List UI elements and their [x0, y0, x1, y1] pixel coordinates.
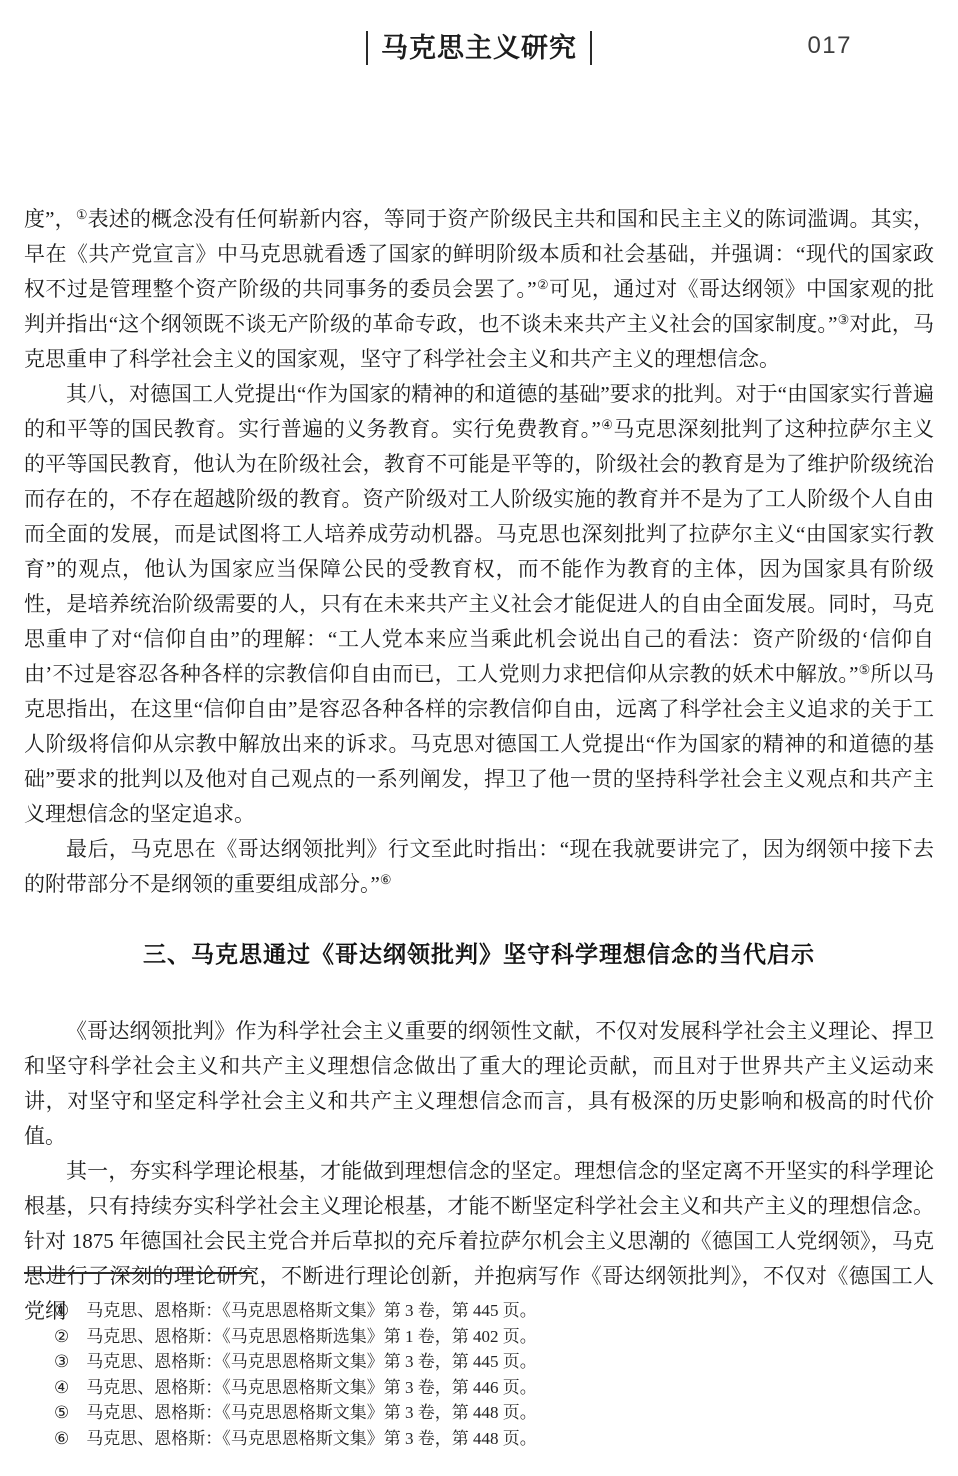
page-number: 017 [807, 32, 852, 60]
footnotes-section: ①马克思、恩格斯：《马克思恩格斯文集》第 3 卷，第 445 页。 ②马克思、恩… [24, 1272, 934, 1451]
footnote-text: 马克思、恩格斯：《马克思恩格斯文集》第 3 卷，第 445 页。 [86, 1301, 537, 1320]
footnote-marker: ③ [54, 1349, 69, 1375]
footnote-marker: ① [54, 1298, 69, 1324]
footnote-marker: ④ [54, 1375, 69, 1401]
article-body: 度”，①表述的概念没有任何崭新内容，等同于资产阶级民主共和国和民主主义的陈词滥调… [24, 202, 934, 1329]
footnote-item: ②马克思、恩格斯：《马克思恩格斯选集》第 1 卷，第 402 页。 [54, 1324, 934, 1350]
section-heading: 三、马克思通过《哥达纲领批判》坚守科学理想信念的当代启示 [24, 938, 934, 970]
footnote-item: ⑥马克思、恩格斯：《马克思恩格斯文集》第 3 卷，第 448 页。 [54, 1426, 934, 1452]
paragraph-continuation: 度”，①表述的概念没有任何崭新内容，等同于资产阶级民主共和国和民主主义的陈词滥调… [24, 202, 934, 377]
footnote-text: 马克思、恩格斯：《马克思恩格斯文集》第 3 卷，第 446 页。 [86, 1378, 537, 1397]
footnote-text: 马克思、恩格斯：《马克思恩格斯选集》第 1 卷，第 402 页。 [86, 1327, 537, 1346]
footnote-list: ①马克思、恩格斯：《马克思恩格斯文集》第 3 卷，第 445 页。 ②马克思、恩… [24, 1298, 934, 1451]
footnote-marker: ② [54, 1324, 69, 1350]
footnote-item: ③马克思、恩格斯：《马克思恩格斯文集》第 3 卷，第 445 页。 [54, 1349, 934, 1375]
footnote-text: 马克思、恩格斯：《马克思恩格斯文集》第 3 卷，第 445 页。 [86, 1352, 537, 1371]
journal-title: 马克思主义研究 [366, 31, 592, 65]
footnote-marker: ⑥ [54, 1426, 69, 1452]
journal-page: 马克思主义研究 017 度”，①表述的概念没有任何崭新内容，等同于资产阶级民主共… [0, 0, 958, 1476]
footnote-text: 马克思、恩格斯：《马克思恩格斯文集》第 3 卷，第 448 页。 [86, 1429, 537, 1448]
footnote-item: ①马克思、恩格斯：《马克思恩格斯文集》第 3 卷，第 445 页。 [54, 1298, 934, 1324]
footnote-separator [24, 1272, 252, 1274]
paragraph-point-eight: 其八，对德国工人党提出“作为国家的精神的和道德的基础”要求的批判。对于“由国家实… [24, 377, 934, 832]
footnote-text: 马克思、恩格斯：《马克思恩格斯文集》第 3 卷，第 448 页。 [86, 1403, 537, 1422]
paragraph-significance: 《哥达纲领批判》作为科学社会主义重要的纲领性文献，不仅对发展科学社会主义理论、捍… [24, 1014, 934, 1154]
footnote-marker: ⑤ [54, 1400, 69, 1426]
footnote-item: ④马克思、恩格斯：《马克思恩格斯文集》第 3 卷，第 446 页。 [54, 1375, 934, 1401]
footnote-item: ⑤马克思、恩格斯：《马克思恩格斯文集》第 3 卷，第 448 页。 [54, 1400, 934, 1426]
running-head: 马克思主义研究 [24, 28, 934, 68]
paragraph-finally: 最后，马克思在《哥达纲领批判》行文至此时指出：“现在我就要讲完了，因为纲领中接下… [24, 832, 934, 902]
